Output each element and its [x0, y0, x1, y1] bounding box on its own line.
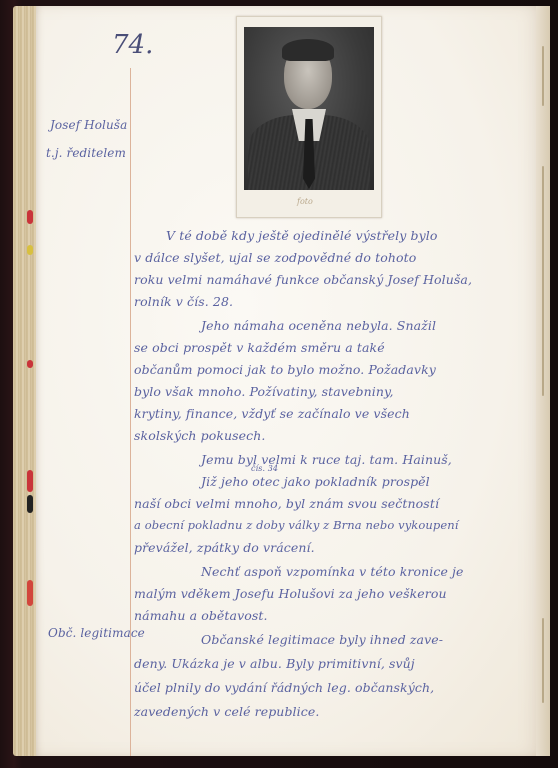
page-number: 74. — [112, 30, 153, 60]
edge-mark — [27, 245, 33, 255]
edge-mark — [27, 210, 33, 224]
text-line: Jemu byl velmi k ruce taj. tam. Hainuš, — [201, 452, 452, 467]
text-line: Již jeho otec jako pokladník prospěl — [201, 474, 430, 489]
edge-mark — [27, 470, 33, 492]
binding-stitch — [542, 618, 544, 703]
edge-mark — [27, 360, 33, 368]
text-line: v dálce slyšet, ujal se zodpovědné do to… — [134, 250, 416, 265]
margin-note-title: t.j. ředitelem — [46, 146, 126, 160]
superscript-note: čís. 34 — [251, 464, 278, 473]
text-line: námahu a obětavost. — [134, 608, 268, 623]
edge-mark — [27, 495, 33, 513]
text-line: roku velmi namáhavé funkce občanský Jose… — [134, 272, 472, 287]
margin-note-legitimace: Obč. legitimace — [48, 626, 145, 640]
text-line: V té době kdy ještě ojedinělé výstřely b… — [166, 228, 437, 243]
text-line: Nechť aspoň vzpomínka v této kronice je — [201, 564, 464, 579]
text-line: účel plnily do vydání řádných leg. občan… — [134, 680, 434, 695]
portrait-photo-mount: foto — [236, 16, 382, 218]
text-line: převážel, zpátky do vrácení. — [134, 540, 315, 555]
text-line: zavedených v celé republice. — [134, 704, 319, 719]
text-line: se obci prospět v každém směru a také — [134, 340, 385, 355]
text-line: deny. Ukázka je v albu. Byly primitivní,… — [134, 656, 415, 671]
binding-stitch — [542, 46, 544, 106]
binding-stitch — [542, 166, 544, 396]
notebook-page: 74. foto Josef Holuša t.j. ředitelem Obč… — [36, 6, 550, 756]
text-line: bylo však mnoho. Požívatiny, stavebniny, — [134, 384, 394, 399]
photo-stamp: foto — [297, 197, 313, 206]
text-line: malým vděkem Josefu Holušovi za jeho veš… — [134, 586, 447, 601]
photo-hair — [282, 39, 334, 61]
text-line: občanům pomoci jak to bylo možno. Požada… — [134, 362, 436, 377]
text-line: Jeho námaha oceněna nebyla. Snažil — [201, 318, 436, 333]
edge-mark — [27, 580, 33, 606]
text-line: skolských pokusech. — [134, 428, 265, 443]
margin-line — [130, 68, 131, 756]
text-line: Občanské legitimace byly ihned zave- — [201, 632, 443, 647]
text-line: a obecní pokladnu z doby války z Brna ne… — [134, 518, 459, 532]
text-line: rolník v čís. 28. — [134, 294, 233, 309]
margin-note-name: Josef Holuša — [50, 118, 127, 132]
text-line: krytiny, finance, vždyť se začínalo ve v… — [134, 406, 410, 421]
portrait-photo — [244, 27, 374, 190]
text-line: naší obci velmi mnoho, byl znám svou seč… — [134, 496, 439, 511]
